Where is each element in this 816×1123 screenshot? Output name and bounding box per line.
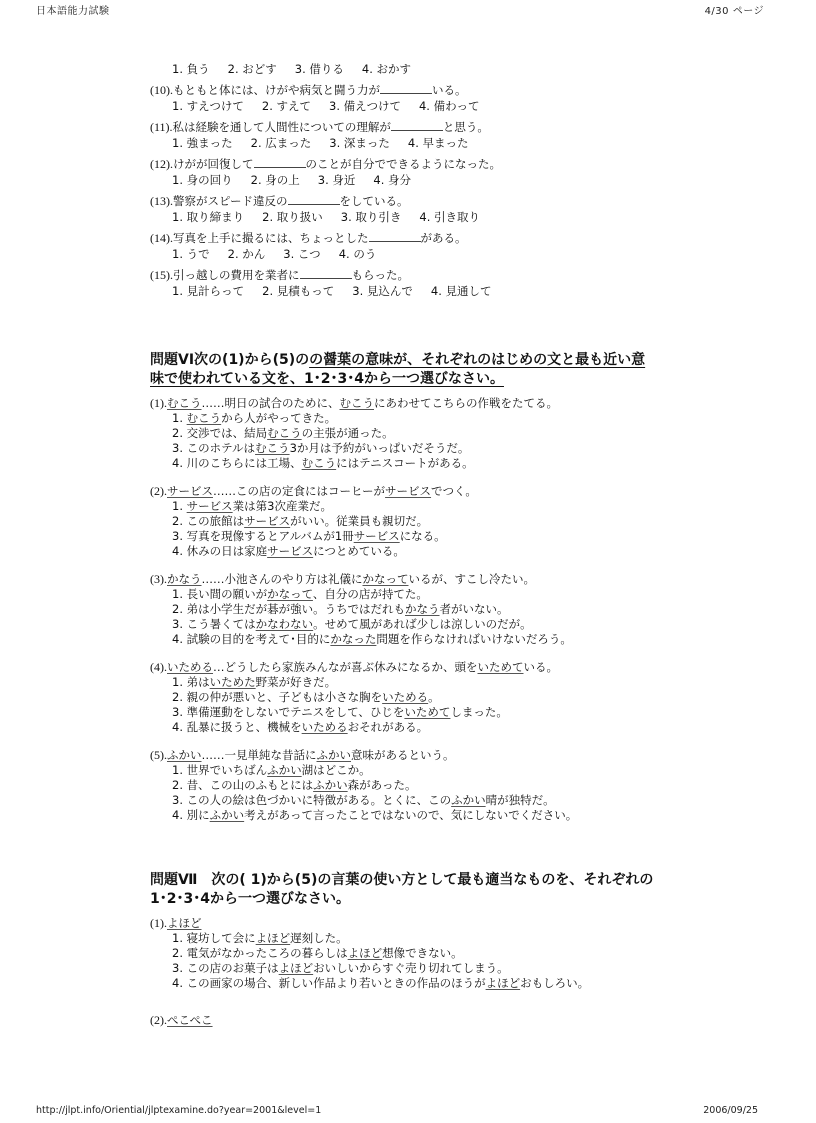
option: 2. 広まった: [251, 136, 312, 150]
question-number: (1).: [150, 916, 167, 930]
text-before-blank: 私は経験を通して人間性についての理解が: [173, 120, 391, 134]
target-word: むこう: [167, 396, 202, 410]
option: 3. このホテルはむこう3か月は予約がいっぱいだそうだ。: [150, 441, 690, 456]
question-number: (14).: [150, 231, 173, 245]
text-segment: 3か月は予約がいっぱいだそうだ。: [290, 441, 470, 455]
text-segment: 業は第3次産業だ。: [233, 499, 332, 513]
underlined-word: サービス: [187, 499, 233, 513]
options-row: 1. 見計らって2. 見積もって3. 見込んで4. 見通して: [150, 283, 690, 299]
question-text: (14).写真を上手に撮るには、ちょっとしたがある。: [150, 230, 690, 246]
option: 2. 取り扱い: [262, 210, 323, 224]
text-segment: 野菜が好きだ。: [256, 675, 337, 689]
question-number: (2).: [150, 1013, 167, 1027]
underlined-word: サービス: [267, 544, 313, 558]
meaning-question: (5).ふかい……一見単純な昔話にふかい意味があるという。1. 世界でいちばんふ…: [150, 748, 690, 823]
option: 4. 見通して: [431, 284, 492, 298]
question-head: (3).かなう……小池さんのやり方は礼儀にかなっているが、すこし冷たい。: [150, 572, 690, 587]
meaning-question: (1).むこう……明日の試合のために、むこうにあわせてこちらの作戦をたてる。1.…: [150, 396, 690, 471]
underlined-word: サービス: [244, 514, 290, 528]
section-6-title: 問題VI次の(1)から(5)のの醤葉の意味が、それぞれのはじめの文と最も近い意 …: [150, 351, 690, 389]
option: 3. こう暑くてはかなわない。せめて風があれば少しは涼しいのだが。: [150, 617, 690, 632]
question-number: (15).: [150, 268, 173, 282]
target-word: ふかい: [167, 748, 202, 762]
target-word: サービス: [167, 484, 213, 498]
question-item: (14).写真を上手に撮るには、ちょっとしたがある。1. うで2. かん3. こ…: [150, 230, 690, 262]
question-number: (5).: [150, 748, 167, 762]
option: 3. この人の絵は色づかいに特徴がある。とくに、このふかい晴が独特だ。: [150, 793, 690, 808]
option: 1. すえつけて: [172, 99, 244, 113]
option: 1. うで: [172, 247, 210, 261]
question-item: (15).引っ越しの費用を業者にもらった。1. 見計らって2. 見積もって3. …: [150, 267, 690, 299]
answer-blank: [369, 231, 421, 242]
options-row: 1. 取り締まり2. 取り扱い3. 取り引き4. 引き取り: [150, 209, 690, 225]
text-after-blank: いる。: [432, 83, 467, 97]
option: 4. おかす: [362, 62, 411, 76]
usage-question: (1).よほど1. 寝坊して会によほど遅刻した。2. 電気がなかったころの暮らし…: [150, 916, 690, 991]
text-segment: 晴が独特だ。: [486, 793, 555, 807]
underlined-word: いためて: [404, 705, 450, 719]
underlined-word: よほど: [348, 946, 383, 960]
option: 4. 休みの日は家庭サービスにつとめている。: [150, 544, 690, 559]
text-segment: しまった。: [450, 705, 508, 719]
text-segment: ……小池さんのやり方は礼儀に: [202, 572, 363, 586]
question-head: (5).ふかい……一見単純な昔話にふかい意味があるという。: [150, 748, 690, 763]
underlined-word: よほど: [279, 961, 314, 975]
text-segment: 2. この旅館は: [172, 514, 244, 528]
target-word: よほど: [167, 916, 202, 930]
option: 1. 強まった: [172, 136, 233, 150]
text-segment: 1. 寝坊して会に: [172, 931, 256, 945]
option: 2. 交渉では、結局むこうの主張が通った。: [150, 426, 690, 441]
option: 2. 見積もって: [262, 284, 334, 298]
text-after-blank: と思う。: [443, 120, 489, 134]
text-segment: 3. 準備運動をしないでテニスをして、ひじを: [172, 705, 404, 719]
text-before-blank: 写真を上手に撮るには、ちょっとした: [173, 231, 369, 245]
text-segment: 4. 乱暴に扱うと、機械を: [172, 720, 302, 734]
text-segment: にあわせてこちらの作戦をたてる。: [374, 396, 558, 410]
option: 2. 親の仲が悪いと、子どもは小さな胸をいためる。: [150, 690, 690, 705]
text-segment: 4. 休みの日は家庭: [172, 544, 267, 558]
option: 3. 準備運動をしないでテニスをして、ひじをいためてしまった。: [150, 705, 690, 720]
text-segment: から人がやってきた。: [221, 411, 336, 425]
print-header-page: 4/30 ページ: [705, 2, 764, 17]
underlined-word: いためて: [478, 660, 524, 674]
text-segment: になる。: [400, 529, 446, 543]
option: 1. 身の回り: [172, 173, 233, 187]
underlined-word: サービス: [354, 529, 400, 543]
print-header-title: 日本語能力試験: [36, 2, 110, 17]
option: 2. 昔、この山のふもとにはふかい森があった。: [150, 778, 690, 793]
text-segment: の主張が通った。: [302, 426, 394, 440]
text-segment: 2. 電気がなかったころの暮らしは: [172, 946, 348, 960]
question-item: (13).警察がスピード違反のをしている。1. 取り締まり2. 取り扱い3. 取…: [150, 193, 690, 225]
question-number: (2).: [150, 484, 167, 498]
option: 3. 備えつけて: [329, 99, 401, 113]
text-segment: 4. 別に: [172, 808, 210, 822]
text-segment: 2. 弟は小学生だが碁が強い。うちではだれも: [172, 602, 405, 616]
text-segment: 3. こう暑くては: [172, 617, 256, 631]
option: 3. 身近: [318, 173, 356, 187]
underlined-word: ふかい: [267, 763, 302, 777]
text-segment: 2. 親の仲が悪いと、子どもは小さな胸を: [172, 690, 382, 704]
underlined-word: むこう: [255, 441, 290, 455]
underlined-word: よほど: [486, 976, 521, 990]
question-number: (13).: [150, 194, 173, 208]
vocab-questions: (10).もともと体には、けがや病気と闘う力がいる。1. すえつけて2. すえて…: [150, 82, 690, 299]
underlined-word: むこう: [267, 426, 302, 440]
text-segment: でつく。: [431, 484, 477, 498]
text-segment: いる。: [524, 660, 559, 674]
print-footer-date: 2006/09/25: [703, 1105, 758, 1116]
underlined-word: ふかい: [451, 793, 486, 807]
option: 4. 早まった: [408, 136, 469, 150]
option: 2. おどす: [228, 62, 277, 76]
text-segment: 問題を作らなければいけないだろう。: [376, 632, 572, 646]
option: 1. 寝坊して会によほど遅刻した。: [150, 931, 690, 946]
option: 3. こつ: [283, 247, 320, 261]
question-9-options: 1. 負う2. おどす3. 借りる4. おかす: [150, 61, 690, 77]
option: 1. 取り締まり: [172, 210, 244, 224]
text-segment: 遅刻した。: [290, 931, 348, 945]
option: 2. すえて: [262, 99, 311, 113]
underlined-word: かなって: [363, 572, 409, 586]
text-segment: 4. 試験の目的を考えて･目的に: [172, 632, 330, 646]
question-number: (12).: [150, 157, 173, 171]
question-number: (4).: [150, 660, 167, 674]
option: 3. 借りる: [295, 62, 344, 76]
option: 3. 深まった: [329, 136, 390, 150]
options-row: 1. 身の回り2. 身の上3. 身近4. 身分: [150, 172, 690, 188]
text-before-blank: もともと体には、けがや病気と闘う力が: [173, 83, 380, 97]
underlined-word: よほど: [256, 931, 291, 945]
text-segment: 2. 昔、この山のふもとには: [172, 778, 313, 792]
text-segment: 。せめて風があれば少しは涼しいのだが。: [313, 617, 532, 631]
question-head: (2).ぺこぺこ: [150, 1013, 690, 1028]
answer-blank: [391, 120, 443, 131]
question-text: (12).けがが回復してのことが自分でできるようになった。: [150, 156, 690, 172]
option: 1. むこうから人がやってきた。: [150, 411, 690, 426]
underlined-word: むこう: [302, 456, 337, 470]
question-number: (11).: [150, 120, 173, 134]
underlined-word: いためた: [210, 675, 256, 689]
text-segment: おいしいからすぐ売り切れてしまう。: [313, 961, 509, 975]
option: 1. 負う: [172, 62, 210, 76]
underlined-word: ふかい: [313, 778, 348, 792]
text-segment: 4. 川のこちらには工場、: [172, 456, 302, 470]
target-word: いためる: [167, 660, 213, 674]
underlined-word: むこう: [340, 396, 375, 410]
option: 3. 取り引き: [341, 210, 402, 224]
option: 1. サービス業は第3次産業だ。: [150, 499, 690, 514]
text-segment: 1. 長い間の願いが: [172, 587, 267, 601]
text-segment: がいい。従業員も親切だ。: [290, 514, 428, 528]
option: 4. 引き取り: [419, 210, 480, 224]
question-item: (12).けがが回復してのことが自分でできるようになった。1. 身の回り2. 身…: [150, 156, 690, 188]
underlined-word: かなった: [330, 632, 376, 646]
options-row: 1. すえつけて2. すえて3. 備えつけて4. 備わって: [150, 98, 690, 114]
question-head: (1).よほど: [150, 916, 690, 931]
underlined-word: いためる: [382, 690, 428, 704]
underlined-word: サービス: [385, 484, 431, 498]
option: 2. かん: [228, 247, 266, 261]
question-head: (1).むこう……明日の試合のために、むこうにあわせてこちらの作戦をたてる。: [150, 396, 690, 411]
options-row: 1. 負う2. おどす3. 借りる4. おかす: [150, 61, 690, 77]
text-after-blank: のことが自分でできるようになった。: [306, 157, 502, 171]
target-word: かなう: [167, 572, 202, 586]
text-segment: 森があった。: [348, 778, 417, 792]
section-6-items: (1).むこう……明日の試合のために、むこうにあわせてこちらの作戦をたてる。1.…: [150, 396, 690, 823]
underlined-word: むこう: [187, 411, 222, 425]
question-text: (11).私は経験を通して人間性についての理解がと思う。: [150, 119, 690, 135]
text-segment: にはテニスコートがある。: [336, 456, 474, 470]
text-before-blank: けがが回復して: [173, 157, 254, 171]
text-segment: 1. 世界でいちばん: [172, 763, 267, 777]
question-text: (10).もともと体には、けがや病気と闘う力がいる。: [150, 82, 690, 98]
question-head: (2).サービス……この店の定食にはコーヒーがサービスでつく。: [150, 484, 690, 499]
text-segment: 想像できない。: [382, 946, 463, 960]
option: 1. 見計らって: [172, 284, 244, 298]
answer-blank: [288, 194, 340, 205]
answer-blank: [254, 157, 306, 168]
text-segment: ……この店の定食にはコーヒーが: [213, 484, 385, 498]
question-item: (11).私は経験を通して人間性についての理解がと思う。1. 強まった2. 広ま…: [150, 119, 690, 151]
option: 1. 長い間の願いがかなって、自分の店が持てた。: [150, 587, 690, 602]
question-head: (4).いためる…どうしたら家族みんなが喜ぶ休みになるか、頭をいためている。: [150, 660, 690, 675]
text-after-blank: もらった。: [352, 268, 410, 282]
text-segment: 意味があるという。: [351, 748, 455, 762]
underlined-word: かなう: [405, 602, 440, 616]
text-segment: 3. この人の絵は色づかいに特徴がある。とくに、この: [172, 793, 451, 807]
underlined-word: いためる: [302, 720, 348, 734]
text-segment: 。: [428, 690, 440, 704]
text-segment: いるが、すこし冷たい。: [409, 572, 536, 586]
text-segment: 考えがあって言ったことではないので、気にしないでください。: [244, 808, 577, 822]
text-segment: ……明日の試合のために、: [202, 396, 340, 410]
text-after-blank: がある。: [421, 231, 467, 245]
underlined-word: ふかい: [317, 748, 352, 762]
text-segment: につとめている。: [313, 544, 405, 558]
option: 3. 見込んで: [352, 284, 413, 298]
option: 4. 乱暴に扱うと、機械をいためるおそれがある。: [150, 720, 690, 735]
text-segment: 4. この画家の場合、新しい作品より若いときの作品のほうが: [172, 976, 486, 990]
underlined-word: ふかい: [210, 808, 245, 822]
section-7-items: (1).よほど1. 寝坊して会によほど遅刻した。2. 電気がなかったころの暮らし…: [150, 916, 690, 1028]
text-segment: 1.: [172, 499, 187, 513]
text-segment: …どうしたら家族みんなが喜ぶ休みになるか、頭を: [213, 660, 478, 674]
document-content: 1. 負う2. おどす3. 借りる4. おかす (10).もともと体には、けがや…: [150, 61, 690, 1041]
answer-blank: [380, 83, 432, 94]
text-before-blank: 警察がスピード違反の: [173, 194, 288, 208]
text-segment: おそれがある。: [348, 720, 429, 734]
option: 1. 弟はいためた野菜が好きだ。: [150, 675, 690, 690]
option: 4. 試験の目的を考えて･目的にかなった問題を作らなければいけないだろう。: [150, 632, 690, 647]
question-number: (1).: [150, 396, 167, 410]
option: 4. 身分: [373, 173, 411, 187]
option: 2. この旅館はサービスがいい。従業員も親切だ。: [150, 514, 690, 529]
meaning-question: (4).いためる…どうしたら家族みんなが喜ぶ休みになるか、頭をいためている。1.…: [150, 660, 690, 735]
option: 2. 電気がなかったころの暮らしはよほど想像できない。: [150, 946, 690, 961]
text-segment: おもしろい。: [520, 976, 589, 990]
option: 4. この画家の場合、新しい作品より若いときの作品のほうがよほどおもしろい。: [150, 976, 690, 991]
section-7-title: 問題Ⅶ 次の( 1)から(5)の言葉の使い方として最も適当なものを、それぞれの …: [150, 871, 690, 909]
option: 4. 別にふかい考えがあって言ったことではないので、気にしないでください。: [150, 808, 690, 823]
question-item: (10).もともと体には、けがや病気と闘う力がいる。1. すえつけて2. すえて…: [150, 82, 690, 114]
text-segment: 1. 弟は: [172, 675, 210, 689]
underlined-word: かなわない: [256, 617, 314, 631]
option: 4. のう: [339, 247, 377, 261]
target-word: ぺこぺこ: [167, 1013, 213, 1027]
text-segment: 3. このホテルは: [172, 441, 255, 455]
question-text: (15).引っ越しの費用を業者にもらった。: [150, 267, 690, 283]
answer-blank: [300, 268, 352, 279]
option: 1. 世界でいちばんふかい湖はどこか。: [150, 763, 690, 778]
option: 4. 川のこちらには工場、むこうにはテニスコートがある。: [150, 456, 690, 471]
meaning-question: (3).かなう……小池さんのやり方は礼儀にかなっているが、すこし冷たい。1. 長…: [150, 572, 690, 647]
text-after-blank: をしている。: [340, 194, 409, 208]
options-row: 1. 強まった2. 広まった3. 深まった4. 早まった: [150, 135, 690, 151]
option: 2. 弟は小学生だが碁が強い。うちではだれもかなう者がいない。: [150, 602, 690, 617]
text-segment: 者がいない。: [440, 602, 509, 616]
question-number: (10).: [150, 83, 173, 97]
text-segment: 、自分の店が持てた。: [313, 587, 428, 601]
text-segment: ……一見単純な昔話に: [202, 748, 317, 762]
options-row: 1. うで2. かん3. こつ4. のう: [150, 246, 690, 262]
question-number: (3).: [150, 572, 167, 586]
underlined-word: かなって: [267, 587, 313, 601]
usage-question: (2).ぺこぺこ: [150, 1013, 690, 1028]
meaning-question: (2).サービス……この店の定食にはコーヒーがサービスでつく。1. サービス業は…: [150, 484, 690, 559]
text-segment: 1.: [172, 411, 187, 425]
text-before-blank: 引っ越しの費用を業者に: [173, 268, 300, 282]
question-text: (13).警察がスピード違反のをしている。: [150, 193, 690, 209]
option: 3. この店のお菓子はよほどおいしいからすぐ売り切れてしまう。: [150, 961, 690, 976]
text-segment: 3. この店のお菓子は: [172, 961, 279, 975]
text-segment: 2. 交渉では、結局: [172, 426, 267, 440]
option: 3. 写真を現像するとアルバムが1冊サービスになる。: [150, 529, 690, 544]
option: 2. 身の上: [251, 173, 300, 187]
print-footer-url: http://jlpt.info/Oriential/jlptexamine.d…: [36, 1105, 321, 1116]
option: 4. 備わって: [419, 99, 480, 113]
text-segment: 湖はどこか。: [302, 763, 371, 777]
text-segment: 3. 写真を現像するとアルバムが1冊: [172, 529, 354, 543]
